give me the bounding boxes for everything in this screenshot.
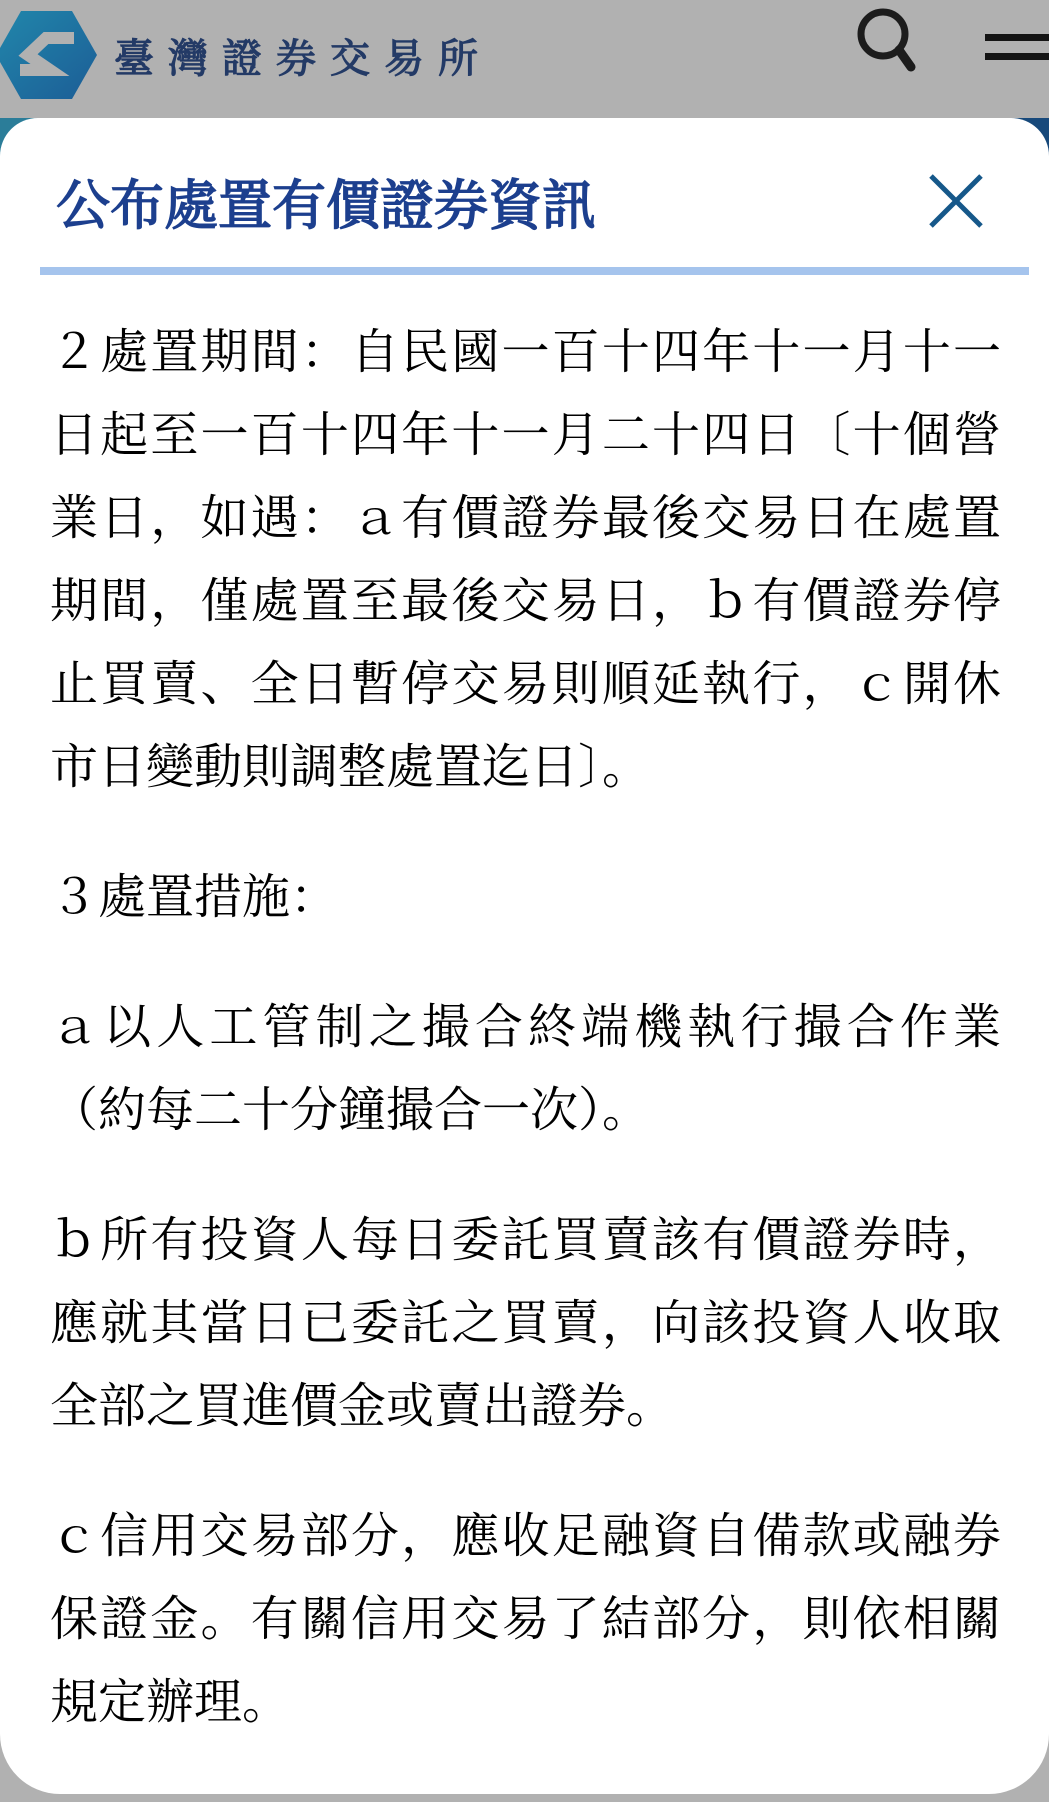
paragraph-disposal-period: ２處置期間：自民國一百十四年十一月十一日起至一百十四年十一月二十四日〔十個營業日… [50,311,1001,809]
search-icon [852,64,916,79]
modal-title: 公布處置有價證券資訊 [56,174,989,239]
close-button[interactable] [927,172,985,230]
paragraph-measure-a: ａ以人工管制之撮合終端機執行撮合作業（約每二十分鐘撮合一次）。 [50,986,1001,1152]
menu-button[interactable] [985,21,1049,85]
search-button[interactable] [852,4,916,76]
hamburger-icon [985,34,1049,60]
modal-body[interactable]: ２處置期間：自民國一百十四年十一月十一日起至一百十四年十一月二十四日〔十個營業日… [0,275,1049,1744]
close-icon [927,218,985,233]
twse-logo-icon [0,8,98,102]
paragraph-measure-c: ｃ信用交易部分，應收足融資自備款或融券保證金。有關信用交易了結部分，則依相關規定… [50,1495,1001,1744]
site-header: 臺灣證券交易所 [0,0,1049,118]
disposition-info-modal: 公布處置有價證券資訊 ２處置期間：自民國一百十四年十一月十一日起至一百十四年十一… [0,118,1049,1794]
title-divider [40,267,1029,275]
site-title: 臺灣證券交易所 [114,27,492,84]
paragraph-measure-b: ｂ所有投資人每日委託買賣該有價證券時，應就其當日已委託之買賣，向該投資人收取全部… [50,1199,1001,1448]
paragraph-disposal-measures-heading: ３處置措施： [50,856,1001,939]
modal-header: 公布處置有價證券資訊 [0,118,1049,239]
twse-logo-link[interactable]: 臺灣證券交易所 [0,8,492,102]
